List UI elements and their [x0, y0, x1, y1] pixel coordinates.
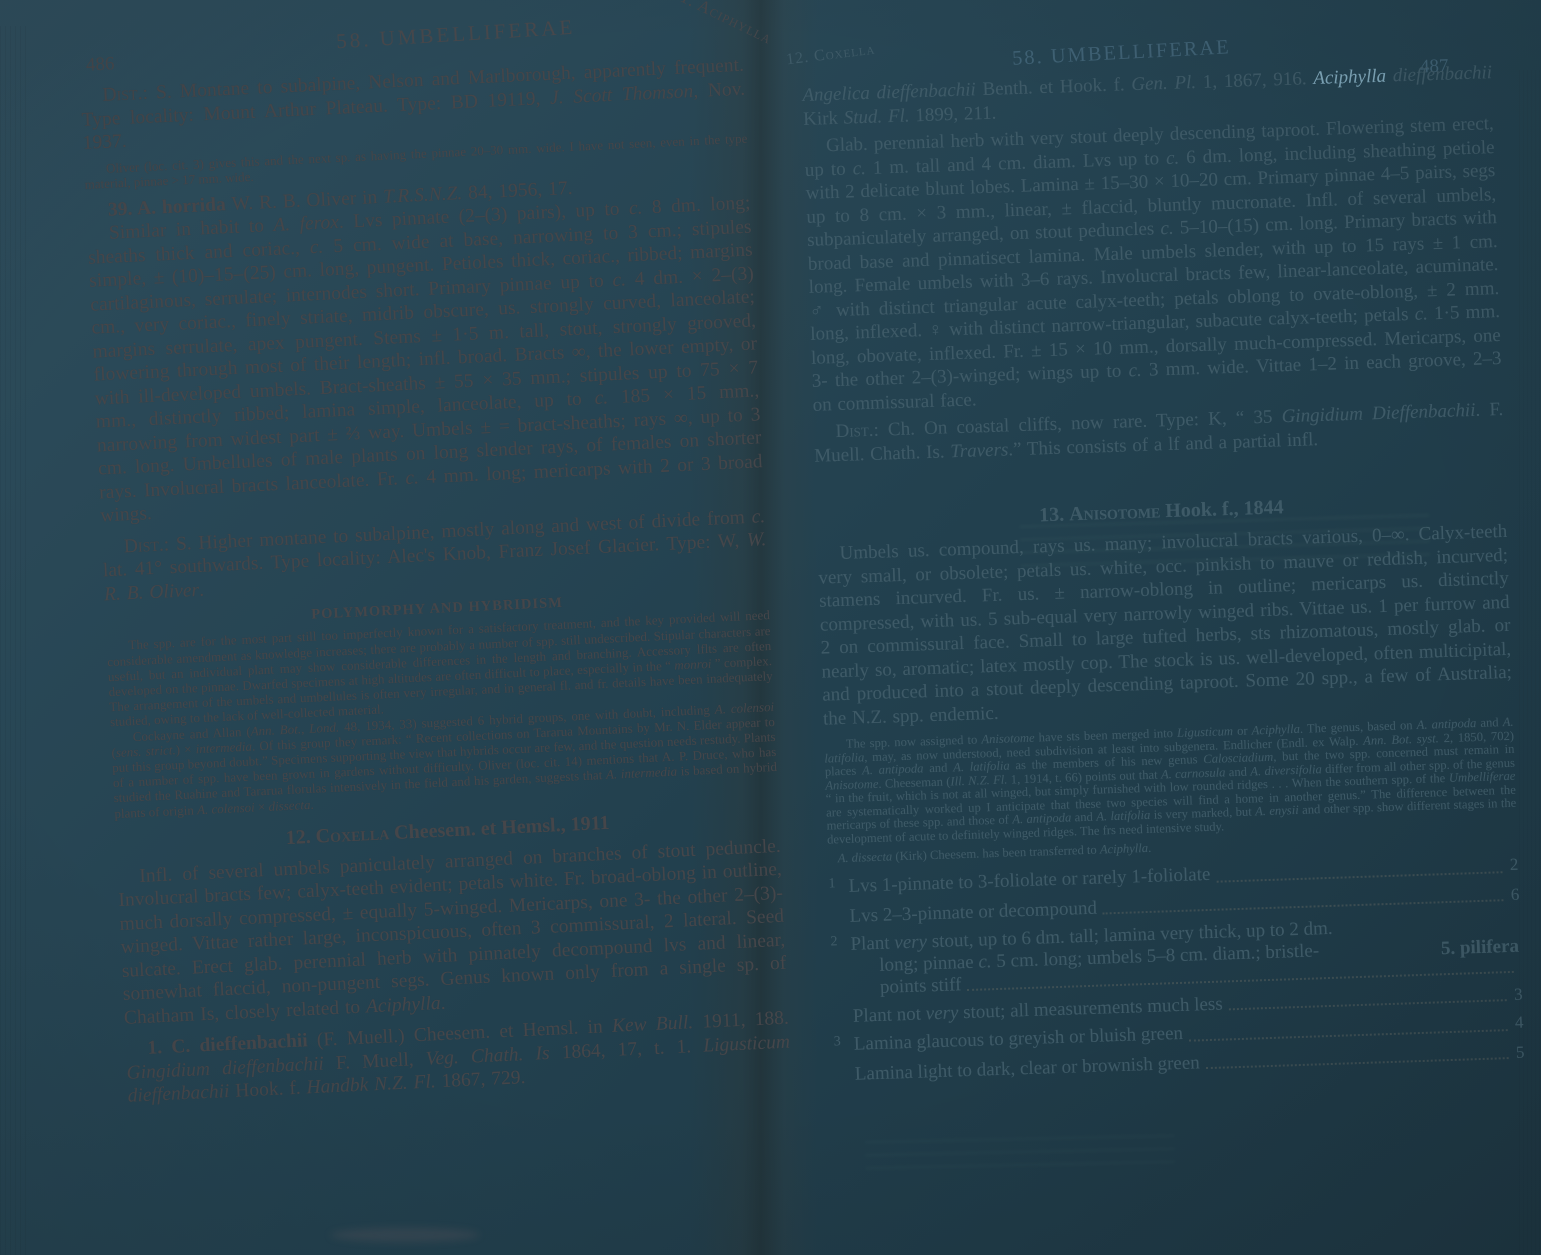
book-photo-scene: 486 58. UMBELLIFERAE 11. Aciphylla Dist.…	[0, 0, 1541, 1255]
key-couplet-number	[830, 916, 850, 917]
key-reference: 4	[1515, 1011, 1524, 1033]
key-reference: 3	[1514, 983, 1523, 1005]
key-couplet-number: 3	[833, 1030, 854, 1053]
page-stack-edge-right	[1519, 70, 1541, 1255]
key-couplet-number: 1	[828, 872, 849, 895]
page-number-left: 486	[85, 53, 115, 76]
page-stack-edge-left	[0, 26, 30, 1255]
key-lead-text: Lamina glaucous to greyish or bluish gre…	[854, 1022, 1184, 1055]
key-lead-text: Lvs 2–3-pinnate or decompound	[849, 897, 1097, 927]
key-reference: 6	[1510, 883, 1519, 905]
key-reference: 5	[1516, 1041, 1525, 1063]
key-couplet-number	[833, 1016, 853, 1017]
c-dieffenbachii-description: Glab. perennial herb with very stout dee…	[804, 112, 1503, 417]
leader-dots	[1206, 1057, 1508, 1069]
key-lead-text: Lamina light to dark, clear or brownish …	[854, 1052, 1200, 1085]
dichotomous-key: 1 Lvs 1-pinnate to 3-foliolate or rarely…	[828, 853, 1525, 1086]
species-39-description: Similar in habit to A. ferox. Lvs pinnat…	[87, 192, 765, 528]
key-reference-species: 5. pilifera	[1441, 935, 1520, 960]
leader-dots	[1103, 899, 1503, 914]
key-reference: 2	[1509, 853, 1518, 875]
leader-dots	[1217, 871, 1502, 882]
coxella-genus-description: Infl. of several umbels paniculately arr…	[117, 835, 788, 1031]
key-couplet-number: 2	[830, 930, 851, 953]
anisotome-genus-description: Umbels us. compound, rays us. many; invo…	[817, 520, 1513, 731]
leader-dots	[1189, 1029, 1507, 1042]
page-487-content: Angelica dieffenbachii Benth. et Hook. f…	[802, 61, 1525, 1092]
key-lead-text: points stiff	[880, 974, 962, 999]
anisotome-taxonomic-note: The spp. now assigned to Anisotome have …	[824, 716, 1517, 847]
key-couplet-number	[835, 1074, 855, 1075]
page-486-content: Dist.: S. Montane to subalpine, Nelson a…	[80, 54, 792, 1109]
key-lead-text: Lvs 1-pinnate to 3-foliolate or rarely 1…	[848, 863, 1210, 897]
leader-dots	[1229, 999, 1506, 1010]
